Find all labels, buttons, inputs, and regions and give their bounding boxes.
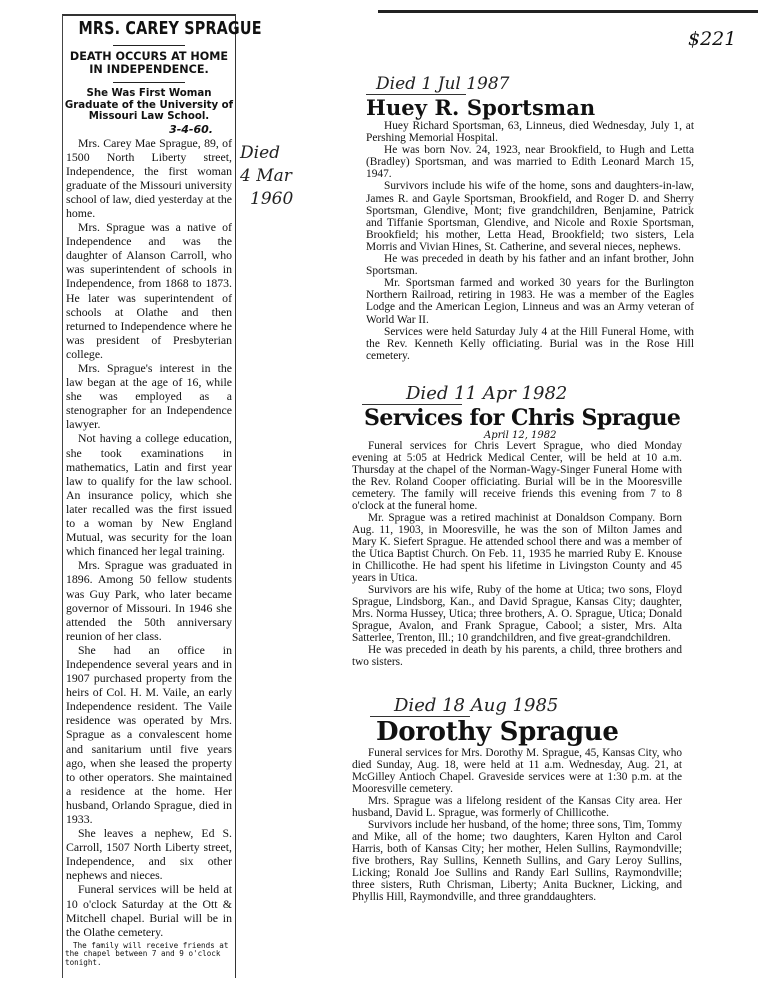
paragraph: Huey Richard Sportsman, 63, Linneus, die… (366, 120, 694, 144)
paragraph: He was preceded in death by his parents,… (352, 644, 682, 668)
paragraph: He was born Nov. 24, 1923, near Brookfie… (366, 144, 694, 180)
subheadline: DEATH OCCURS AT HOME IN INDEPENDENCE. (63, 51, 235, 76)
article-body: Huey Richard Sportsman, 63, Linneus, die… (366, 120, 694, 362)
paragraph: Mrs. Sprague was a lifelong resident of … (352, 795, 682, 819)
paragraph: Mrs. Carey Mae Sprague, 89, of 1500 Nort… (66, 136, 232, 221)
paragraph: Mrs. Sprague's interest in the law began… (66, 361, 232, 431)
headline: Dorothy Sprague (352, 717, 682, 747)
paragraph: Mr. Sprague was a retired machinist at D… (352, 512, 682, 584)
article-body: Mrs. Carey Mae Sprague, 89, of 1500 Nort… (63, 136, 235, 939)
paragraph: She leaves a nephew, Ed S. Carroll, 1507… (66, 826, 232, 882)
handwritten-death-note: Died 4 Mar 1960 (240, 142, 293, 211)
deck: She Was First Woman Graduate of the Univ… (63, 88, 235, 123)
divider (113, 82, 185, 83)
paragraph: Services were held Saturday July 4 at th… (366, 326, 694, 362)
paragraph: He was preceded in death by his father a… (366, 253, 694, 277)
divider (113, 45, 185, 46)
handwritten-death-note: Died 11 Apr 1982 (352, 383, 682, 404)
clipping-dorothy-sprague: Died 18 Aug 1985 Dorothy Sprague Funeral… (352, 695, 682, 903)
handwritten-line: 4 Mar (240, 165, 293, 188)
clipping-huey-sportsman: Died 1 Jul 1987 Huey R. Sportsman Huey R… (366, 74, 694, 362)
handwritten-line: Died (240, 142, 293, 165)
footnote: The family will receive friends at the c… (63, 939, 235, 968)
paragraph: Not having a college education, she took… (66, 431, 232, 558)
paragraph: Survivors are his wife, Ruby of the home… (352, 584, 682, 644)
clipping-carey-sprague: MRS. CAREY SPRAGUE DEATH OCCURS AT HOME … (62, 14, 236, 978)
paragraph: Mrs. Sprague was graduated in 1896. Amon… (66, 558, 232, 643)
paragraph: Survivors include her husband, of the ho… (352, 819, 682, 903)
headline: Huey R. Sportsman (366, 95, 694, 120)
article-body: Funeral services for Chris Levert Spragu… (352, 440, 682, 668)
paragraph: She had an office in Independence severa… (66, 643, 232, 826)
article-body: Funeral services for Mrs. Dorothy M. Spr… (352, 747, 682, 903)
paragraph: Funeral services for Chris Levert Spragu… (352, 440, 682, 512)
handwritten-line: 1960 (240, 188, 293, 211)
paragraph: Mr. Sportsman farmed and worked 30 years… (366, 277, 694, 325)
handwritten-death-note: Died 1 Jul 1987 (366, 74, 694, 94)
headline: MRS. CAREY SPRAGUE (78, 19, 219, 39)
paragraph: Funeral services for Mrs. Dorothy M. Spr… (352, 747, 682, 795)
paragraph: Mrs. Sprague was a native of Independenc… (66, 220, 232, 361)
headline: Services for Chris Sprague (352, 405, 682, 431)
handwritten-death-note: Died 18 Aug 1985 (352, 695, 682, 716)
clipping-top-border (378, 10, 758, 13)
page-number: $221 (688, 28, 736, 50)
paragraph: Survivors include his wife of the home, … (366, 180, 694, 253)
clipping-chris-sprague: Died 11 Apr 1982 Services for Chris Spra… (352, 383, 682, 668)
paragraph: Funeral services will be held at 10 o'cl… (66, 882, 232, 938)
handwritten-date: 3-4-60. (63, 123, 235, 136)
handwritten-date: April 12, 1982 (352, 431, 682, 440)
